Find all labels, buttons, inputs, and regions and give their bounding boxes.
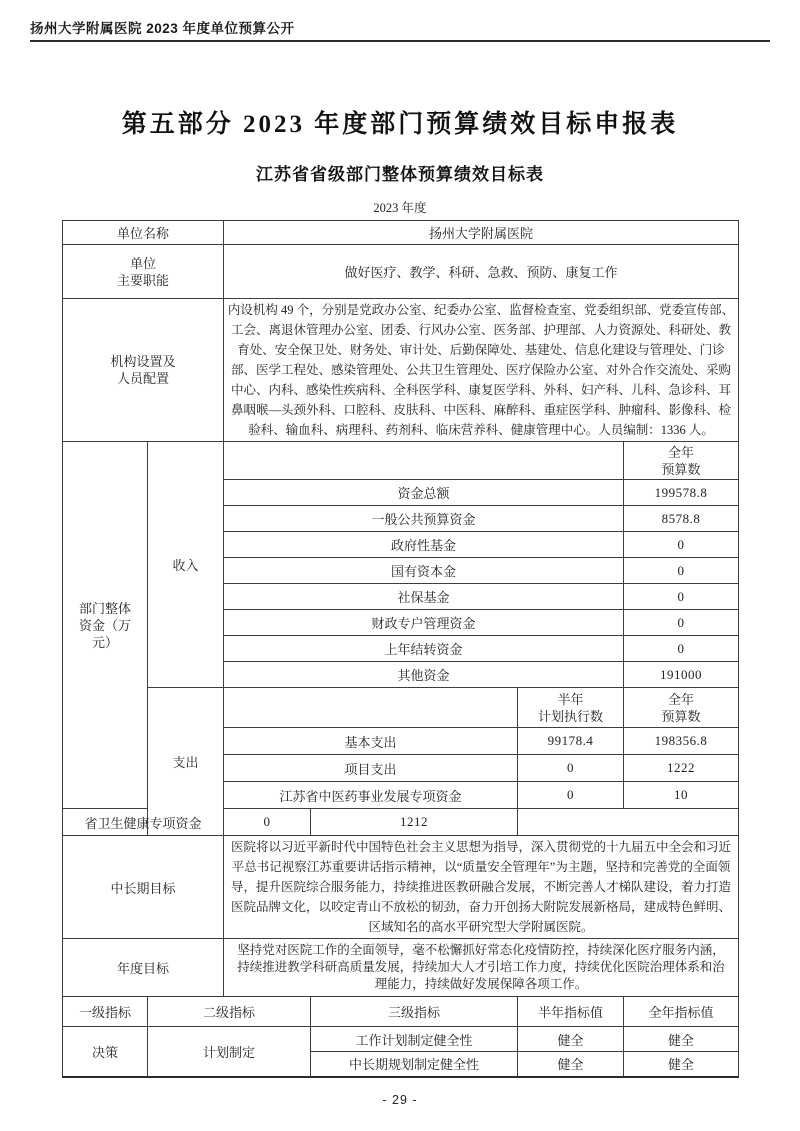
annual-goal-label: 年度目标 xyxy=(63,939,224,997)
expense-item-label: 项目支出 xyxy=(224,755,518,782)
indicator-half-value: 健全 xyxy=(518,1052,624,1077)
expense-item-label: 省卫生健康专项资金 xyxy=(63,809,224,836)
indicator-header-half: 半年指标值 xyxy=(518,997,624,1027)
unit-function-label: 单位 主要职能 xyxy=(63,245,224,299)
expense-row: 省卫生健康专项资金 0 1212 xyxy=(63,809,739,836)
table-title: 江苏省省级部门整体预算绩效目标表 xyxy=(0,160,800,185)
expense-half-value: 0 xyxy=(518,782,624,809)
expense-half-header: 半年 计划执行数 xyxy=(518,688,624,728)
overall-funds-label: 部门整体 资金（万 元） xyxy=(63,442,148,809)
page-number: - 29 - xyxy=(0,1093,800,1107)
org-setup-value: 内设机构 49 个，分别是党政办公室、纪委办公室、监督检查室、党委组织部、党委宣… xyxy=(224,299,739,442)
income-item-value: 0 xyxy=(624,636,739,662)
income-item-value: 199578.8 xyxy=(624,480,739,506)
document-page: 扬州大学附属医院 2023 年度单位预算公开 第五部分 2023 年度部门预算绩… xyxy=(0,0,800,1131)
table-row: 单位名称 扬州大学附属医院 xyxy=(63,221,739,245)
expense-annual-header: 全年 预算数 xyxy=(624,688,739,728)
income-item-label: 社保基金 xyxy=(224,584,624,610)
expense-item-label: 江苏省中医药事业发展专项资金 xyxy=(224,782,518,809)
expense-header-row: 支出 半年 计划执行数 全年 预算数 xyxy=(63,688,739,728)
indicator-level1-value: 决策 xyxy=(63,1027,148,1077)
year-label: 2023 年度 xyxy=(0,198,800,216)
income-item-label: 政府性基金 xyxy=(224,532,624,558)
indicator-header-row: 一级指标 二级指标 三级指标 半年指标值 全年指标值 xyxy=(63,997,739,1027)
income-header-row: 部门整体 资金（万 元） 收入 全年 预算数 xyxy=(63,442,739,480)
income-item-value: 0 xyxy=(624,584,739,610)
header-divider xyxy=(30,40,770,42)
expense-half-value: 0 xyxy=(224,809,311,836)
income-item-label: 国有资本金 xyxy=(224,558,624,584)
table-row: 单位 主要职能 做好医疗、教学、科研、急救、预防、康复工作 xyxy=(63,245,739,299)
page-title: 第五部分 2023 年度部门预算绩效目标申报表 xyxy=(0,104,800,140)
income-item-value: 8578.8 xyxy=(624,506,739,532)
indicator-level3-value: 工作计划制定健全性 xyxy=(311,1027,518,1052)
table-row: 机构设置及 人员配置 内设机构 49 个，分别是党政办公室、纪委办公室、监督检查… xyxy=(63,299,739,442)
table-row: 中长期目标 医院将以习近平新时代中国特色社会主义思想为指导，深入贯彻党的十九届五… xyxy=(63,836,739,939)
performance-target-table: 单位名称 扬州大学附属医院 单位 主要职能 做好医疗、教学、科研、急救、预防、康… xyxy=(62,220,739,1078)
unit-name-label: 单位名称 xyxy=(63,221,224,245)
org-setup-label: 机构设置及 人员配置 xyxy=(63,299,224,442)
expense-annual-value: 1212 xyxy=(311,809,518,836)
income-item-label: 一般公共预算资金 xyxy=(224,506,624,532)
indicator-header-level1: 一级指标 xyxy=(63,997,148,1027)
expense-annual-value: 198356.8 xyxy=(624,728,739,755)
running-head: 扬州大学附属医院 2023 年度单位预算公开 xyxy=(30,17,295,37)
annual-goal-text: 坚持党对医院工作的全面领导，毫不松懈抓好常态化疫情防控，持续深化医疗服务内涵，持… xyxy=(224,939,739,997)
expense-item-label: 基本支出 xyxy=(224,728,518,755)
expense-half-value: 0 xyxy=(518,755,624,782)
indicator-annual-value: 健全 xyxy=(624,1052,739,1077)
unit-function-value: 做好医疗、教学、科研、急救、预防、康复工作 xyxy=(224,245,739,299)
expense-annual-value: 10 xyxy=(624,782,739,809)
unit-name-value: 扬州大学附属医院 xyxy=(224,221,739,245)
income-item-label: 资金总额 xyxy=(224,480,624,506)
indicator-row: 决策 计划制定 工作计划制定健全性 健全 健全 xyxy=(63,1027,739,1052)
income-annual-header: 全年 预算数 xyxy=(624,442,739,480)
table-row: 年度目标 坚持党对医院工作的全面领导，毫不松懈抓好常态化疫情防控，持续深化医疗服… xyxy=(63,939,739,997)
expense-annual-value: 1222 xyxy=(624,755,739,782)
indicator-header-level3: 三级指标 xyxy=(311,997,518,1027)
indicator-level2-value: 计划制定 xyxy=(148,1027,311,1077)
indicator-level3-value: 中长期规划制定健全性 xyxy=(311,1052,518,1077)
indicator-header-annual: 全年指标值 xyxy=(624,997,739,1027)
income-item-value: 191000 xyxy=(624,662,739,688)
income-item-label: 上年结转资金 xyxy=(224,636,624,662)
income-item-value: 0 xyxy=(624,532,739,558)
indicator-annual-value: 健全 xyxy=(624,1027,739,1052)
income-item-value: 0 xyxy=(624,610,739,636)
indicator-half-value: 健全 xyxy=(518,1027,624,1052)
budget-table-container: 单位名称 扬州大学附属医院 单位 主要职能 做好医疗、教学、科研、急救、预防、康… xyxy=(62,220,738,1078)
income-label: 收入 xyxy=(148,442,224,688)
expense-half-value: 99178.4 xyxy=(518,728,624,755)
expense-header-spacer xyxy=(224,688,518,728)
indicator-header-level2: 二级指标 xyxy=(148,997,311,1027)
income-item-label: 财政专户管理资金 xyxy=(224,610,624,636)
income-header-spacer xyxy=(224,442,624,480)
midterm-goal-label: 中长期目标 xyxy=(63,836,224,939)
midterm-goal-text: 医院将以习近平新时代中国特色社会主义思想为指导，深入贯彻党的十九届五中全会和习近… xyxy=(224,836,739,939)
income-item-label: 其他资金 xyxy=(224,662,624,688)
income-item-value: 0 xyxy=(624,558,739,584)
